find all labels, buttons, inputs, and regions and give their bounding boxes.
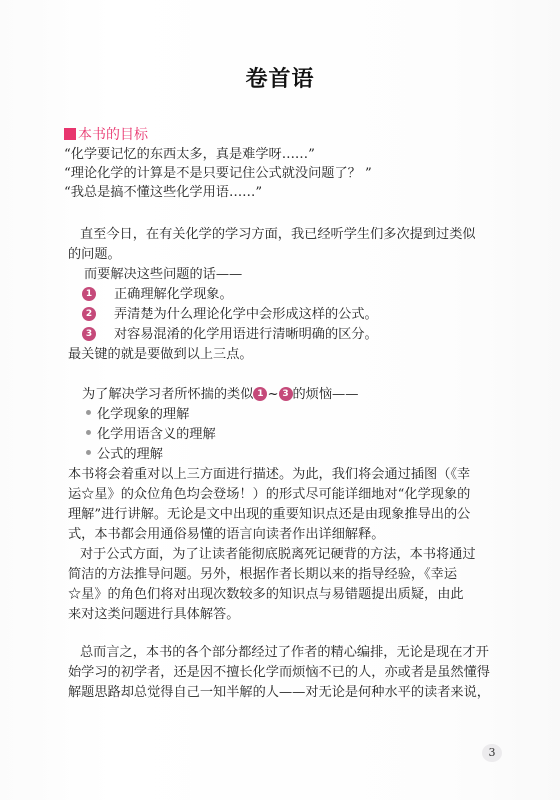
paragraph-line: 始学习的初学者，还是因不擅长化学而烦恼不已的人，亦或者是虽然懂得 [68, 664, 490, 682]
bullet-item: 化学用语含义的理解 [86, 426, 216, 444]
paragraph-line: 简洁的方法推导问题。另外，根据作者长期以来的指导经验，《幸运 [68, 566, 457, 584]
paragraph-line: 运☆星》的众位角色均会登场！）的形式尽可能详细地对“化学现象的 [68, 486, 470, 504]
paragraph-line: 总而言之，本书的各个部分都经过了作者的精心编排，无论是现在才开 [80, 644, 489, 662]
book-page: 卷首语 本书的目标 “化学要记忆的东西太多，真是难学呀……” “理论化学的计算是… [0, 0, 560, 800]
bullet-text: 公式的理解 [97, 447, 163, 462]
intro-text: 的烦恼—— [293, 387, 359, 402]
number-badge-icon: 1 [82, 287, 96, 301]
paragraph-line: 理解”进行讲解。无论是文中出现的重要知识点还是由现象推导出的公 [68, 506, 470, 524]
paragraph-line: 的问题。 [68, 246, 121, 264]
paragraph-line: 来对这类问题进行具体解答。 [68, 606, 239, 624]
bullet-icon [86, 430, 91, 435]
paragraph-line: 对于公式方面，为了让读者能彻底脱离死记硬背的方法，本书将通过 [80, 546, 476, 564]
number-badge-icon: 1 [253, 387, 267, 401]
numbered-item-text: 对容易混淆的化学用语进行清晰明确的区分。 [114, 327, 378, 342]
paragraph-line: ☆星》的角色们将对出现次数较多的知识点与易错题提出质疑，由此 [68, 586, 464, 604]
numbered-item: 2弄清楚为什么理论化学中会形成这样的公式。 [82, 306, 378, 324]
intro-text: 为了解决学习者所怀揣的类似 [82, 387, 253, 402]
numbered-item: 3对容易混淆的化学用语进行清晰明确的区分。 [82, 326, 378, 344]
bullet-icon [86, 450, 91, 455]
bullet-text: 化学用语含义的理解 [97, 427, 216, 442]
number-badge-icon: 3 [279, 387, 293, 401]
paragraph-line: 为了解决学习者所怀揣的类似1~3的烦恼—— [82, 386, 358, 404]
bullet-item: 公式的理解 [86, 446, 163, 464]
bullet-text: 化学现象的理解 [97, 407, 189, 422]
paragraph-line: 本书将会着重对以上三方面进行描述。为此，我们将会通过插图（《幸 [68, 466, 470, 484]
section-heading: 本书的目标 [64, 124, 148, 144]
quote-line: “理论化学的计算是不是只要记住公式就没问题了？ ” [64, 165, 372, 183]
tilde: ~ [267, 387, 278, 402]
numbered-item-text: 弄清楚为什么理论化学中会形成这样的公式。 [114, 307, 378, 322]
paragraph-line: 直至今日，在有关化学的学习方面，我已经听学生们多次提到过类似 [80, 226, 476, 244]
bullet-icon [86, 410, 91, 415]
heading-square-icon [64, 128, 76, 140]
paragraph-line: 最关键的就是要做到以上三点。 [68, 346, 253, 364]
page-number: 3 [482, 744, 502, 762]
quote-line: “化学要记忆的东西太多，真是难学呀……” [64, 146, 315, 164]
paragraph-line: 式，本书都会用通俗易懂的语言向读者作出详细解释。 [68, 526, 385, 544]
page-title: 卷首语 [0, 62, 560, 93]
bullet-item: 化学现象的理解 [86, 406, 189, 424]
number-badge-icon: 3 [82, 327, 96, 341]
paragraph-line: 而要解决这些问题的话—— [84, 266, 242, 284]
paragraph-line: 解题思路却总觉得自己一知半解的人——对无论是何种水平的读者来说， [68, 684, 490, 702]
quote-line: “我总是搞不懂这些化学用语……” [64, 184, 262, 202]
section-heading-text: 本书的目标 [78, 124, 148, 144]
numbered-item: 1正确理解化学现象。 [82, 286, 233, 304]
numbered-item-text: 正确理解化学现象。 [114, 287, 233, 302]
number-badge-icon: 2 [82, 307, 96, 321]
